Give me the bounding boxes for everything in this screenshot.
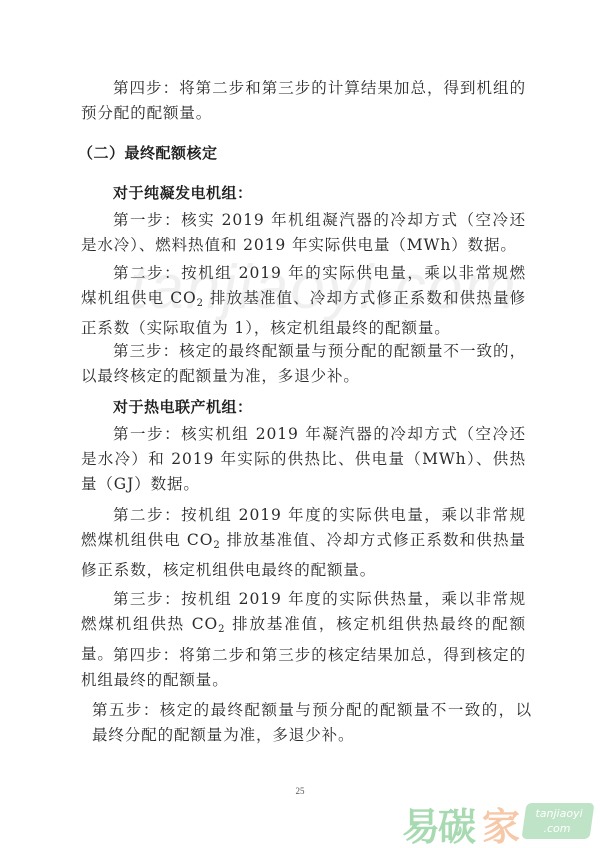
subheading-chp: 对于热电联产机组： <box>81 395 526 420</box>
logo-text-orange: 家 <box>482 796 520 848</box>
tanjiaoyi-logo: 易碳 家 tanjiaoyi .com <box>400 790 600 848</box>
paragraph-condensing-step2: 第二步：按机组 2019 年的实际供电量，乘以非常规燃煤机组供电 CO2 排放基… <box>81 261 526 341</box>
paragraph-condensing-step1: 第一步：核实 2019 年机组凝汽器的冷却方式（空冷还是水冷）、燃料热值和 20… <box>81 208 526 258</box>
logo-badge-line1: tanjiaoyi <box>525 806 593 821</box>
paragraph-condensing-step3: 第三步：核定的最终配额量与预分配的配额量不一致的，以最终核定的配额量为准，多退少… <box>81 339 526 389</box>
subheading-pure-condensing: 对于纯凝发电机组： <box>81 181 526 206</box>
logo-badge-line2: .com <box>523 821 591 836</box>
section-heading-final-quota: （二）最终配额核定 <box>78 141 523 166</box>
logo-text-green: 易碳 <box>402 796 474 848</box>
paragraph-chp-step1: 第一步：核实机组 2019 年凝汽器的冷却方式（空冷还是水冷）和 2019 年实… <box>81 422 526 497</box>
logo-badge: tanjiaoyi .com <box>521 803 594 839</box>
paragraph-chp-step4: 第四步：将第二步和第三步的核定结果加总，得到核定的机组最终的配额量。 <box>81 643 526 693</box>
paragraph-chp-step2: 第二步：按机组 2019 年度的实际供电量，乘以非常规燃煤机组供电 CO2 排放… <box>81 503 526 583</box>
paragraph-step4-preallocation: 第四步：将第二步和第三步的计算结果加总，得到机组的预分配的配额量。 <box>81 76 526 126</box>
document-page: tanjiaoyi.com 第四步：将第二步和第三步的计算结果加总，得到机组的预… <box>0 0 600 848</box>
subscript-2: 2 <box>213 540 220 551</box>
paragraph-chp-step5: 第五步：核定的最终配额量与预分配的配额量不一致的，以最终分配的配额量为准，多退少… <box>92 698 532 748</box>
subscript-2: 2 <box>197 298 204 309</box>
